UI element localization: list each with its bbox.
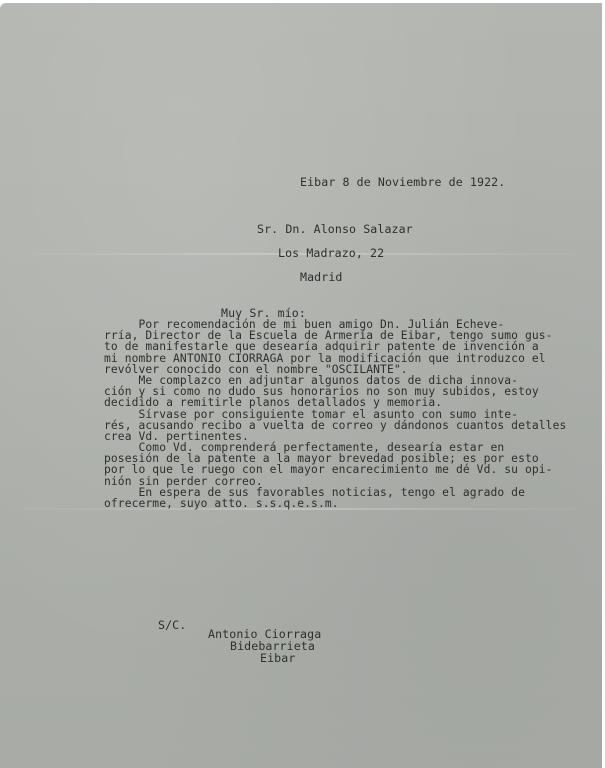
recipient-name: Sr. Dn. Alonso Salazar	[257, 224, 413, 235]
letter-body: Por recomendación de mi buen amigo Dn. J…	[104, 319, 566, 509]
body-line: ofrecerme, suyo atto. s.s.q.e.s.m.	[104, 498, 566, 509]
letter-date: Eibar 8 de Noviembre de 1922.	[300, 177, 505, 188]
body-line: Sírvase por consiguiente tomar el asunto…	[104, 409, 566, 420]
body-line: decidido a remitirle planos detallados y…	[104, 397, 566, 408]
body-line: to de manifestarle que desearía adquirir…	[104, 341, 566, 352]
body-line: por lo que le ruego con el mayor encarec…	[104, 464, 566, 475]
recipient-street: Los Madrazo, 22	[278, 248, 384, 259]
reference: S/C.	[158, 620, 186, 631]
sender-city: Eibar	[260, 653, 295, 664]
recipient-city: Madrid	[300, 272, 342, 283]
